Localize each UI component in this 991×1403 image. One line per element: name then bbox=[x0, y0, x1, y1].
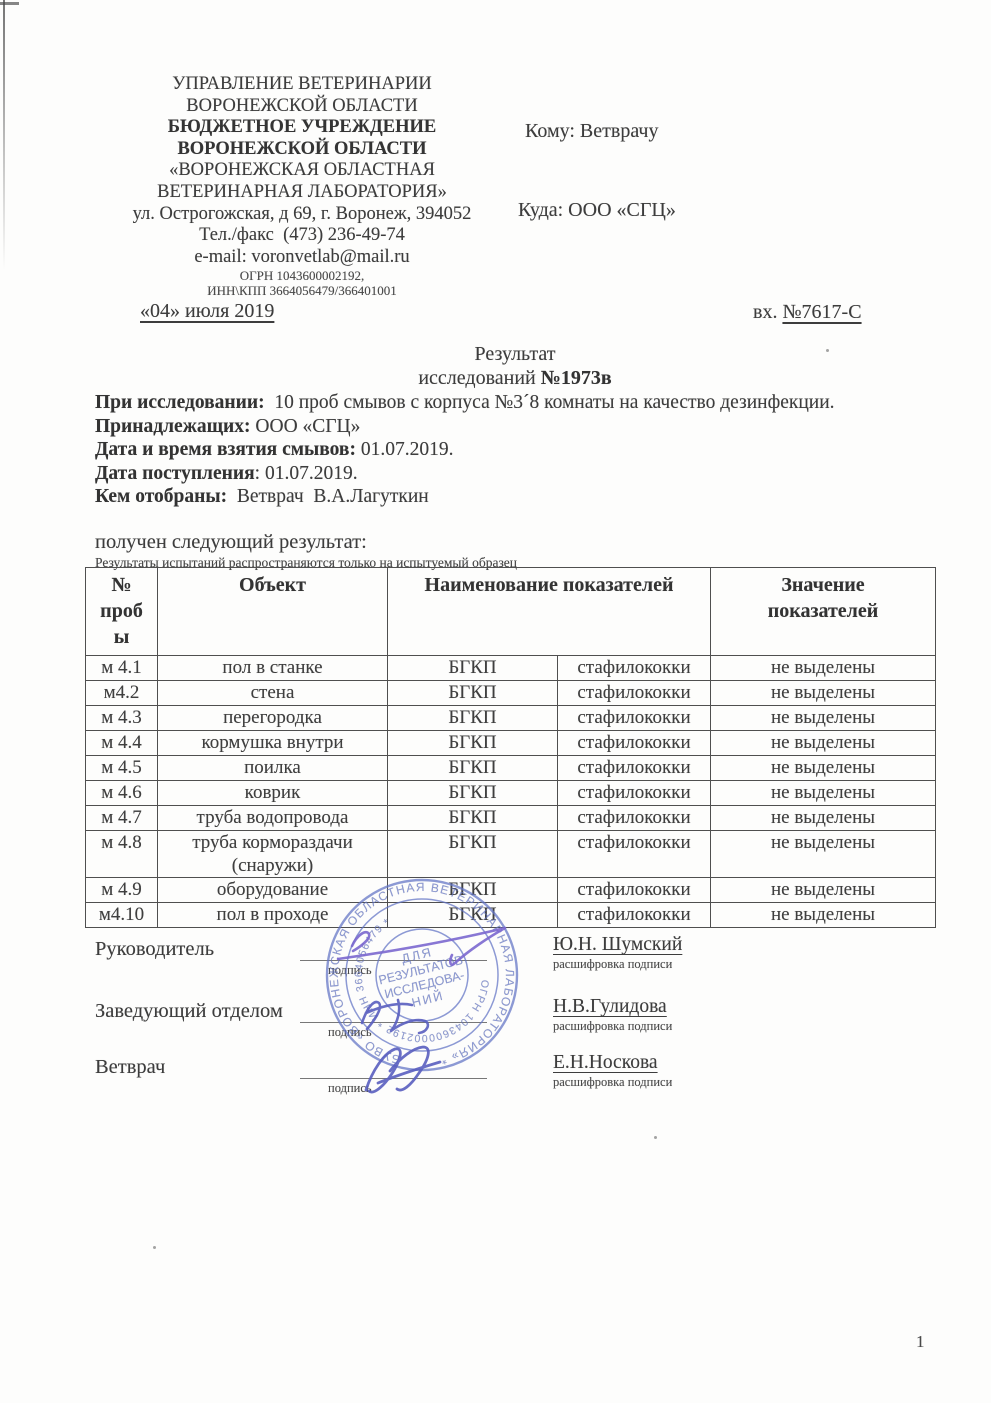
signature-line bbox=[300, 930, 487, 961]
document-page: УПРАВЛЕНИЕ ВЕТЕРИНАРИИВОРОНЕЖСКОЙ ОБЛАСТ… bbox=[0, 0, 991, 1403]
results-table: № проб ы Объект Наименование показателей… bbox=[85, 567, 936, 928]
table-row: м 4.6коврикБГКПстафилококкине выделены bbox=[86, 781, 936, 806]
destination-line: Куда: ООО «СГЦ» bbox=[518, 199, 676, 222]
org-line: Тел./факс (473) 236-49-74 bbox=[78, 225, 526, 247]
signature-row: Заведующий отделомподписьН.В.Гулидоварас… bbox=[95, 992, 915, 1052]
meta-line: Кем отобраны: Ветврач В.А.Лагуткин bbox=[95, 485, 955, 509]
incoming-prefix: вх. bbox=[753, 301, 782, 323]
signatory-name-caption: расшифровка подписи bbox=[553, 957, 672, 972]
scan-speck bbox=[654, 1136, 657, 1139]
scan-edge-artifact bbox=[3, 0, 5, 270]
recipient-line: Кому: Ветврачу bbox=[525, 120, 658, 143]
date-line: «04» июля 2019 bbox=[140, 300, 288, 323]
title-line1: Результат bbox=[95, 343, 935, 367]
signatory-name-caption: расшифровка подписи bbox=[553, 1019, 672, 1034]
header-indicator-name: Наименование показателей bbox=[388, 568, 711, 656]
org-line: e-mail: voronvetlab@mail.ru bbox=[78, 247, 526, 269]
incoming-number-line: вх. №7617-С bbox=[753, 301, 872, 324]
result-intro: получен следующий результат: bbox=[95, 531, 367, 554]
table-row: м 4.5поилкаБГКПстафилококкине выделены bbox=[86, 756, 936, 781]
signatory-name-caption: расшифровка подписи bbox=[553, 1075, 672, 1090]
org-line: «ВОРОНЕЖСКАЯ ОБЛАСТНАЯ bbox=[78, 160, 526, 182]
org-line: ВОРОНЕЖСКОЙ ОБЛАСТИ bbox=[78, 96, 526, 118]
document-title: Результат исследований №1973в bbox=[95, 343, 935, 390]
table-header: № проб ы Объект Наименование показателей… bbox=[86, 568, 936, 656]
signature-role: Ветврач bbox=[95, 1056, 165, 1079]
org-line: УПРАВЛЕНИЕ ВЕТЕРИНАРИИ bbox=[78, 74, 526, 96]
table-row: м 4.3перегородкаБГКПстафилококкине выдел… bbox=[86, 706, 936, 731]
signature-line bbox=[300, 992, 487, 1023]
title-line2: исследований №1973в bbox=[95, 367, 935, 391]
meta-line: Дата поступления: 01.07.2019. bbox=[95, 462, 955, 486]
signature-role: Руководитель bbox=[95, 938, 214, 961]
header-indicator-value: Значение показателей bbox=[711, 568, 936, 656]
org-line: ВЕТЕРИНАРНАЯ ЛАБОРАТОРИЯ» bbox=[78, 182, 526, 204]
meta-line: При исследовании: 10 проб смывов с корпу… bbox=[95, 391, 955, 415]
signatory-name: Е.Н.Носкова bbox=[553, 1052, 664, 1074]
table-row: м 4.7труба водопроводаБГКПстафилококкине… bbox=[86, 806, 936, 831]
org-line: ВОРОНЕЖСКОЙ ОБЛАСТИ bbox=[78, 139, 526, 161]
org-letterhead: УПРАВЛЕНИЕ ВЕТЕРИНАРИИВОРОНЕЖСКОЙ ОБЛАСТ… bbox=[78, 74, 526, 298]
header-object: Объект bbox=[158, 568, 388, 656]
signature-caption: подпись bbox=[328, 1025, 372, 1040]
signatory-name: Ю.Н. Шумский bbox=[553, 934, 688, 956]
signature-caption: подпись bbox=[328, 963, 372, 978]
table-row: м 4.1пол в станкеБГКПстафилококкине выде… bbox=[86, 656, 936, 681]
org-line: БЮДЖЕТНОЕ УЧРЕЖДЕНИЕ bbox=[78, 117, 526, 139]
table-row: м 4.9оборудованиеБГКПстафилококкине выде… bbox=[86, 878, 936, 903]
signature-row: ВетврачподписьЕ.Н.Носковарасшифровка под… bbox=[95, 1048, 915, 1108]
meta-block: При исследовании: 10 проб смывов с корпу… bbox=[95, 391, 955, 509]
meta-line: Дата и время взятия смывов: 01.07.2019. bbox=[95, 438, 955, 462]
signatory-name: Н.В.Гулидова bbox=[553, 996, 673, 1018]
report-number: №1973в bbox=[541, 367, 612, 389]
signature-caption: подпись bbox=[328, 1081, 372, 1096]
header-sample-number: № проб ы bbox=[86, 568, 158, 656]
table-row: м 4.4кормушка внутриБГКПстафилококкине в… bbox=[86, 731, 936, 756]
table-row: м4.10пол в проходеБГКПстафилококкине выд… bbox=[86, 903, 936, 928]
results-table-body: м 4.1пол в станкеБГКПстафилококкине выде… bbox=[86, 656, 936, 928]
page-number: 1 bbox=[916, 1332, 925, 1352]
table-row: м 4.8труба кормораздачи (снаружи)БГКПста… bbox=[86, 831, 936, 878]
org-line: ул. Острогожская, д 69, г. Воронеж, 3940… bbox=[78, 204, 526, 226]
scan-edge-artifact bbox=[0, 2, 19, 5]
signature-row: РуководительподписьЮ.Н. Шумскийрасшифров… bbox=[95, 930, 915, 990]
org-line: ИНН\КПП 3664056479/366401001 bbox=[78, 283, 526, 298]
scan-speck bbox=[153, 1246, 156, 1249]
meta-line: Принадлежащих: ООО «СГЦ» bbox=[95, 415, 955, 439]
signature-role: Заведующий отделом bbox=[95, 1000, 283, 1023]
signature-line bbox=[300, 1048, 487, 1079]
incoming-number: №7617-С bbox=[782, 301, 871, 323]
table-row: м4.2стенаБГКПстафилококкине выделены bbox=[86, 681, 936, 706]
org-line: ОГРН 1043600002192, bbox=[78, 268, 526, 283]
